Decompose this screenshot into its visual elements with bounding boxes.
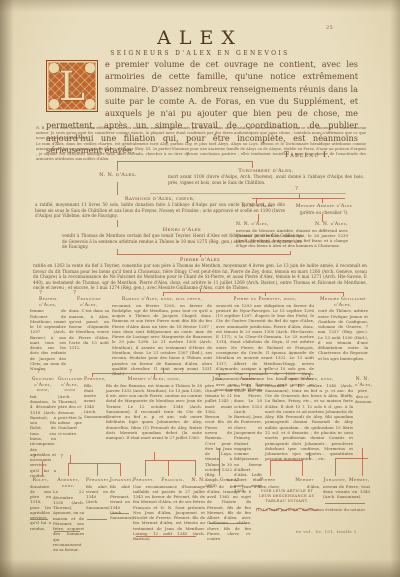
- tree-connector-line: [92, 373, 309, 374]
- tree-connector-line: [219, 448, 220, 476]
- tree-node-albert: Albert est dit en 1323 fils de feu Pierr…: [234, 377, 262, 493]
- tree-connector-line: [195, 460, 196, 476]
- tree-node-guillaume-cure: Messire Guillaume d'Alex, curé de Thônes…: [318, 297, 368, 361]
- tree-node-guillaume-2: Guillaume d'Alex, donz (Arch. Thorens), …: [58, 377, 82, 436]
- tree-connector-line: [117, 161, 252, 162]
- tree-connector-line: [322, 214, 323, 222]
- tree-connector-line: [252, 161, 253, 168]
- tree-connector-line: [117, 161, 118, 171]
- uncertainty-mark: ?: [73, 290, 76, 296]
- tree-node-peronnet: Péronnet, fils aîné, vivant en 1340 (Arc…: [86, 478, 108, 510]
- uncertainty-mark: ?: [69, 369, 72, 375]
- nota-bene-paragraph-1: N. B. — Les faits énoncés sans référence…: [36, 126, 366, 141]
- uncertainty-mark: ?: [37, 369, 40, 375]
- tree-connector-line: [265, 292, 266, 296]
- tree-connector-line: [168, 460, 169, 476]
- tree-node-johannet: Johannet, fils aîné de Péronnet, vivant …: [110, 478, 130, 520]
- footnote: (1) Le texte porte fili ; distraction év…: [256, 507, 366, 512]
- tree-node-mermet: Mermet d'Alex, donz, fils de feu Rameau,…: [106, 377, 202, 441]
- branch-end-rule: [325, 503, 365, 504]
- tree-connector-line: [117, 220, 118, 227]
- tree-node-pierre: Pierre d'Alex ratifie en 1263 la vente d…: [33, 257, 367, 291]
- tree-node-nn-pair: N. N. d'Alex, N. N. d'Alex, neveux de Me…: [236, 222, 348, 249]
- tree-connector-line: [145, 460, 146, 476]
- tree-connector-line: [68, 463, 69, 476]
- tree-connector-line: [145, 460, 195, 461]
- branch-end-rule: [111, 513, 129, 514]
- tree-connector-line: [270, 460, 271, 476]
- tree-node-pierre-2: Pierre d'Alex, donz, reconnaît, le 12 oc…: [265, 377, 353, 462]
- scanned-book-page: 25 ALEX SEIGNEURS D'ALEX EN GENEVOIS Le …: [0, 0, 400, 577]
- page-subtitle: SEIGNEURS D'ALEX EN GENEVOIS: [0, 50, 400, 57]
- branch-end-rule: [87, 519, 107, 520]
- tree-connector-line: [335, 458, 368, 459]
- branch-end-rule: [209, 523, 247, 524]
- tree-connector-line: [309, 452, 310, 460]
- tree-connector-line: [117, 254, 290, 255]
- tree-connector-line: [335, 458, 336, 476]
- tree-node-rolet: Rolet, donataire de son père en 1318, po…: [30, 478, 51, 531]
- tree-node-nn-3: N. N. d'Alex, père des ci-dessous.: [355, 377, 370, 404]
- tree-node-francoise: Françoise d'Alex, donz. C'est dans sa ma…: [69, 297, 109, 350]
- tree-connector-line: [117, 182, 118, 195]
- tree-connector-line: [120, 463, 121, 476]
- tree-connector-line: [154, 452, 155, 460]
- ornate-dropcap: L: [46, 60, 98, 112]
- tree-connector-line: [42, 461, 43, 476]
- tree-connector-line: [362, 448, 363, 458]
- branch-end-rule: [30, 519, 48, 520]
- tree-rule: [150, 193, 346, 194]
- tree-connector-line: [68, 463, 120, 464]
- tree-node-peronne: Péronne, fille, était morte avant 1340 (…: [84, 377, 103, 419]
- uncertainty-mark: ?: [60, 454, 63, 460]
- tree-connector-line: [163, 292, 343, 293]
- tree-connector-line: [97, 463, 98, 476]
- printers-mark: 6e vol., liv. 101, feuille 1.: [296, 529, 358, 534]
- tree-connector-line: [270, 460, 302, 461]
- tree-connector-line: [362, 458, 363, 476]
- tree-node-nn-dalex-1: N. N. d'Alex.: [92, 172, 144, 178]
- tree-node-johannet-mermet: Johannet, Mermet, neveux de Pierre, tous…: [323, 478, 370, 499]
- tree-connector-line: [258, 214, 259, 222]
- tree-node-nn-dalex-2: N. N. d'Alex.: [234, 204, 282, 210]
- uncertainty-mark: ?: [295, 186, 298, 192]
- tree-connector-line: [322, 198, 323, 203]
- tree-node-girard: Girard, fils de feu Jean d'Alex, transig…: [207, 478, 251, 542]
- dropcap-letter: L: [47, 63, 97, 111]
- uncertainty-mark: ?: [33, 454, 36, 460]
- tree-node-amedee: Messire Amédée d'Alex (prêtre ou chevali…: [284, 204, 364, 215]
- tree-node-guichard: Guichard d'Alex, donz, fait donation, le…: [30, 377, 56, 478]
- tree-node-peronet-francois-nn: Péronet. François. N. N. Une reconnaissa…: [133, 478, 205, 542]
- tree-connector-line: [302, 460, 303, 476]
- uncertainty-mark: ?: [181, 368, 184, 374]
- tree-connector-line: [343, 292, 344, 296]
- tree-node-turumbert: Turumbert d'Alex, mort avant 1100 (Invre…: [168, 168, 364, 185]
- branch-end-rule: [54, 531, 80, 532]
- page-title: ALEX: [0, 27, 400, 49]
- tree-connector-line: [163, 292, 164, 296]
- uncertainty-mark: ?: [186, 152, 189, 158]
- uncertainty-mark: ?: [39, 290, 42, 296]
- tree-node-aymonet: Aymonet, donz. Le 22 décembre 1330 (Arch…: [53, 478, 84, 552]
- tree-node-rameau: Rameau d'Alex, donz, puis chevr, reconnu…: [112, 297, 212, 376]
- tree-node-beatrix: Béatrix d'Alex, femme de Falconet de Men…: [30, 297, 66, 371]
- branch-end-rule: [136, 536, 196, 537]
- tree-connector-line: [290, 251, 291, 255]
- tableau-label: Tableau I.: [284, 150, 331, 159]
- tree-connector-line: [70, 455, 71, 463]
